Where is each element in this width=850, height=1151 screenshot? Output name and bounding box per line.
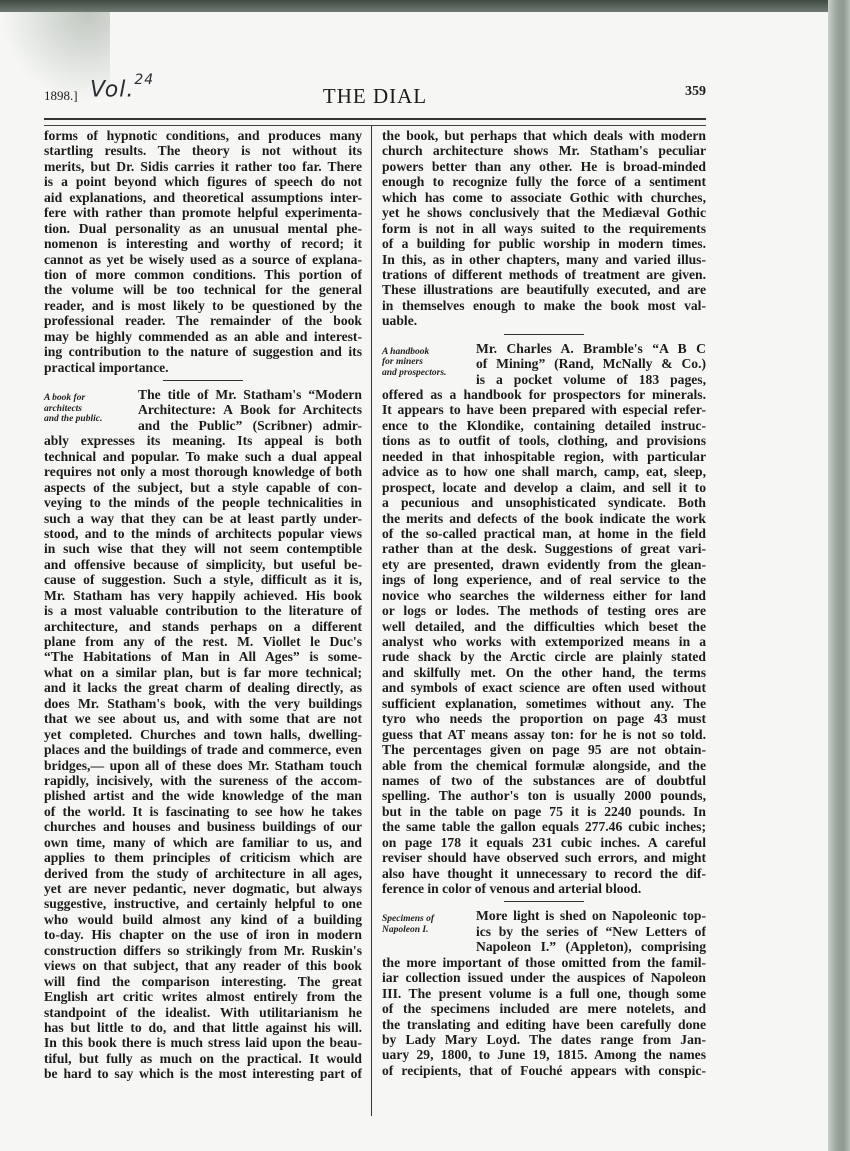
- text-line: cause of suggestion. Such a style, diffi…: [44, 572, 362, 587]
- text-line: professional reader. The remainder of th…: [44, 313, 362, 328]
- text-line: trations of different methods of treatme…: [382, 267, 706, 282]
- text-line: that we see about us, and with some that…: [44, 711, 362, 726]
- sidenote-line: A book for: [44, 393, 130, 404]
- sidenote-line: Napoleon I.: [382, 925, 468, 936]
- text-line: such a way that they can be at least par…: [44, 511, 362, 526]
- running-head: 1898.] Vol.24 THE DIAL 359: [44, 82, 706, 108]
- text-line: ference in color of venous and arterial …: [382, 881, 706, 896]
- header-rule: [44, 118, 706, 126]
- text-line: standpoint of the idealist. With utilita…: [44, 1005, 362, 1020]
- text-line: English art critic writes almost entirel…: [44, 989, 362, 1004]
- text-line: rude shack by the Arctic circle are plai…: [382, 649, 706, 664]
- sidenote-line: for miners: [382, 357, 468, 368]
- text-line: views on that subject, that any reader o…: [44, 958, 362, 973]
- journal-title: THE DIAL: [44, 84, 706, 109]
- text-line: is a point beyond which figures of speec…: [44, 174, 362, 189]
- text-line: novice who searches the wilderness eithe…: [382, 588, 706, 603]
- text-line: III. The present volume is a full one, t…: [382, 986, 706, 1001]
- text-line: does Mr. Statham's book, with the very b…: [44, 696, 362, 711]
- review-sidis-continued: forms of hypnotic conditions, and produc…: [44, 128, 362, 375]
- text-line: derived from the study of architecture i…: [44, 866, 362, 881]
- text-line: requires not only a most thorough knowle…: [44, 464, 362, 479]
- text-line: but in the table on page 75 it is 2240 p…: [382, 804, 706, 819]
- text-line: rapidly, incisively, with the sureness o…: [44, 773, 362, 788]
- section-separator: [504, 901, 584, 902]
- text-line: well detailed, and the difficulties whic…: [382, 619, 706, 634]
- section-separator: [163, 380, 243, 381]
- text-line: ence to the Klondike, containing detaile…: [382, 418, 706, 433]
- text-line: veying to the minds of the people techni…: [44, 495, 362, 510]
- text-line: by Lady Mary Loyd. The dates range from …: [382, 1032, 706, 1047]
- review-statham-continued: the book, but perhaps that which deals w…: [382, 128, 706, 329]
- sidenote-line: architects: [44, 404, 130, 415]
- text-line: forms of hypnotic conditions, and produc…: [44, 128, 362, 143]
- right-column: the book, but perhaps that which deals w…: [382, 128, 706, 1078]
- text-line: stood, and to the minds of architects po…: [44, 526, 362, 541]
- text-line: of the specimens included are mere notel…: [382, 1001, 706, 1016]
- text-line: yet completed. Churches and town halls, …: [44, 727, 362, 742]
- text-line: church architecture shows Mr. Statham's …: [382, 143, 706, 158]
- review-statham-architecture: A book forarchitectsand the public. The …: [44, 387, 362, 1082]
- column-divider: [371, 126, 372, 1116]
- text-line: nomenon is interesting and worthy of rec…: [44, 236, 362, 251]
- sidenote: A handbookfor minersand prospectors.: [382, 347, 468, 379]
- text-line: In this, as in other chapters, many and …: [382, 252, 706, 267]
- text-line: plished artist and the wide knowledge of…: [44, 788, 362, 803]
- text-line: ings of long experience, and of real ser…: [382, 572, 706, 587]
- text-line: in themselves enough to make the book mo…: [382, 298, 706, 313]
- text-line: guess that AT means assay ton: for he is…: [382, 727, 706, 742]
- text-line: practical importance.: [44, 360, 362, 375]
- text-line: merits, but Dr. Sidis carries it rather …: [44, 159, 362, 174]
- text-line: places and the buildings of trade and co…: [44, 742, 362, 757]
- text-line: reviser should have observed such errors…: [382, 850, 706, 865]
- text-line: and skilfully met. On the other hand, th…: [382, 665, 706, 680]
- text-line: uable.: [382, 313, 706, 328]
- text-line: sufficient explanation, sometimes withou…: [382, 696, 706, 711]
- text-line: on page 178 it equals 231 cubic inches. …: [382, 835, 706, 850]
- text-line: who would build almost any kind of a bui…: [44, 912, 362, 927]
- sidenote-line: A handbook: [382, 347, 468, 358]
- text-line: “The Habitations of Man in All Ages” is …: [44, 649, 362, 664]
- text-line: startling results. The theory is not wit…: [44, 143, 362, 158]
- text-line: of the world. It is fascinating to see h…: [44, 804, 362, 819]
- text-line: prospect, locate and develop a claim, an…: [382, 480, 706, 495]
- text-line: advice as to how one shall march, camp, …: [382, 464, 706, 479]
- text-line: what on a similar plan, but is far more …: [44, 665, 362, 680]
- text-line: to-day. His chapter on the use of iron i…: [44, 927, 362, 942]
- text-line: or logs or lodes. The methods of testing…: [382, 603, 706, 618]
- text-line: architecture, and stands perhaps on a di…: [44, 619, 362, 634]
- sidenote-line: Specimens of: [382, 914, 468, 925]
- review-abc-of-mining: A handbookfor minersand prospectors. Mr.…: [382, 341, 706, 897]
- left-column: forms of hypnotic conditions, and produc…: [44, 128, 362, 1082]
- text-line: and offensive because of simplicity, but…: [44, 557, 362, 572]
- text-line: the same table the gallon equals 277.46 …: [382, 819, 706, 834]
- text-line: ing contribution to the nature of sugges…: [44, 344, 362, 359]
- text-line: It appears to have been prepared with es…: [382, 402, 706, 417]
- text-line: and symbols of exact science are often u…: [382, 680, 706, 695]
- text-line: ably expresses its meaning. Its appeal i…: [44, 433, 362, 448]
- text-line: aid explanations, and theoretical assump…: [44, 190, 362, 205]
- text-line: of the so-called practical man, at home …: [382, 526, 706, 541]
- text-line: yet are never pedantic, never dogmatic, …: [44, 881, 362, 896]
- text-line: enough to recognize fully the force of a…: [382, 174, 706, 189]
- text-line: is a most valuable contribution to the l…: [44, 603, 362, 618]
- text-line: In this book there is much stress laid u…: [44, 1035, 362, 1050]
- sidenote-line: and the public.: [44, 414, 130, 425]
- text-line: may be highly commended as an able and i…: [44, 329, 362, 344]
- text-line: iar collection issued under the auspices…: [382, 970, 706, 985]
- text-line: able from the chemical formulæ alongside…: [382, 758, 706, 773]
- scan-right-edge: [828, 0, 850, 1151]
- text-line: The percentages given on page 95 are not…: [382, 742, 706, 757]
- text-line: applies to them principles of criticism …: [44, 850, 362, 865]
- text-line: bridges,— upon all of these does Mr. Sta…: [44, 758, 362, 773]
- text-line: names of two of the substances are of do…: [382, 773, 706, 788]
- text-line: the volume will be too technical for the…: [44, 282, 362, 297]
- section-separator: [504, 334, 584, 335]
- text-line: the translating and editing have been ca…: [382, 1017, 706, 1032]
- text-line: has but little to do, and that little ag…: [44, 1020, 362, 1035]
- text-line: tion. Dual personality as an unusual men…: [44, 221, 362, 236]
- text-line: the book, but perhaps that which deals w…: [382, 128, 706, 143]
- text-line: analyst who works with extemporized mean…: [382, 634, 706, 649]
- text-line: rather than at the desk. Suggestions of …: [382, 541, 706, 556]
- text-line: suggestive, instructive, and certainly h…: [44, 896, 362, 911]
- text-line: in such wise that they will not seem con…: [44, 541, 362, 556]
- text-line: tions as to outfit of tools, clothing, a…: [382, 433, 706, 448]
- sidenote: A book forarchitectsand the public.: [44, 393, 130, 425]
- sidenote: Specimens ofNapoleon I.: [382, 914, 468, 935]
- text-line: needed in that inhospitable region, with…: [382, 449, 706, 464]
- sidenote-line: and prospectors.: [382, 368, 468, 379]
- text-line: a pecunious and unsophisticated syndicat…: [382, 495, 706, 510]
- text-line: form is not in all ways suited to the re…: [382, 221, 706, 236]
- text-line: and it lacks the great charm of dealing …: [44, 680, 362, 695]
- text-line: construction differs so strikingly from …: [44, 943, 362, 958]
- page-number: 359: [685, 84, 706, 100]
- text-line: of a building for public worship in mode…: [382, 236, 706, 251]
- text-line: be hard to say which is the most interes…: [44, 1066, 362, 1081]
- text-line: yet he shows conclusively that the Mediæ…: [382, 205, 706, 220]
- text-line: also have thought it unnecessary to reco…: [382, 866, 706, 881]
- text-line: own time, many of which are familiar to …: [44, 835, 362, 850]
- text-line: tion of more common conditions. This por…: [44, 267, 362, 282]
- text-line: cannot as yet be wisely used as a source…: [44, 252, 362, 267]
- text-line: offered as a handbook for prospectors fo…: [382, 387, 706, 402]
- review-napoleon-letters: Specimens ofNapoleon I. More light is sh…: [382, 908, 706, 1078]
- text-line: reader, and is most likely to be questio…: [44, 298, 362, 313]
- text-line: plane from any of the rest. M. Viollet l…: [44, 634, 362, 649]
- text-line: technical and popular. To make such a du…: [44, 449, 362, 464]
- text-line: Napoleon I.” (Appleton), comprising: [382, 939, 706, 954]
- text-line: tiful, but fully as much on the practica…: [44, 1051, 362, 1066]
- text-line: spelling. The author's ton is usually 20…: [382, 788, 706, 803]
- text-line: the more important of those omitted from…: [382, 955, 706, 970]
- text-line: Mr. Statham has very happily achieved. H…: [44, 588, 362, 603]
- text-line: churches and houses and business buildin…: [44, 819, 362, 834]
- text-line: These illustrations are beautifully exec…: [382, 282, 706, 297]
- scan-top-edge: [0, 0, 850, 12]
- text-line: uary 29, 1800, to June 19, 1815. Among t…: [382, 1047, 706, 1062]
- text-line: fere with rather than promote helpful ex…: [44, 205, 362, 220]
- text-line: aspects of the subject, but a style capa…: [44, 480, 362, 495]
- text-line: will find the comparison interesting. Th…: [44, 974, 362, 989]
- text-line: of recipients, that of Fouché appears wi…: [382, 1063, 706, 1078]
- text-line: the merits and defects of the book indic…: [382, 511, 706, 526]
- text-line: which has come to associate Gothic with …: [382, 190, 706, 205]
- text-line: ety are presented, drawn evidently from …: [382, 557, 706, 572]
- text-line: tyro who needs the proportion on page 43…: [382, 711, 706, 726]
- text-line: powers better than any other. He is broa…: [382, 159, 706, 174]
